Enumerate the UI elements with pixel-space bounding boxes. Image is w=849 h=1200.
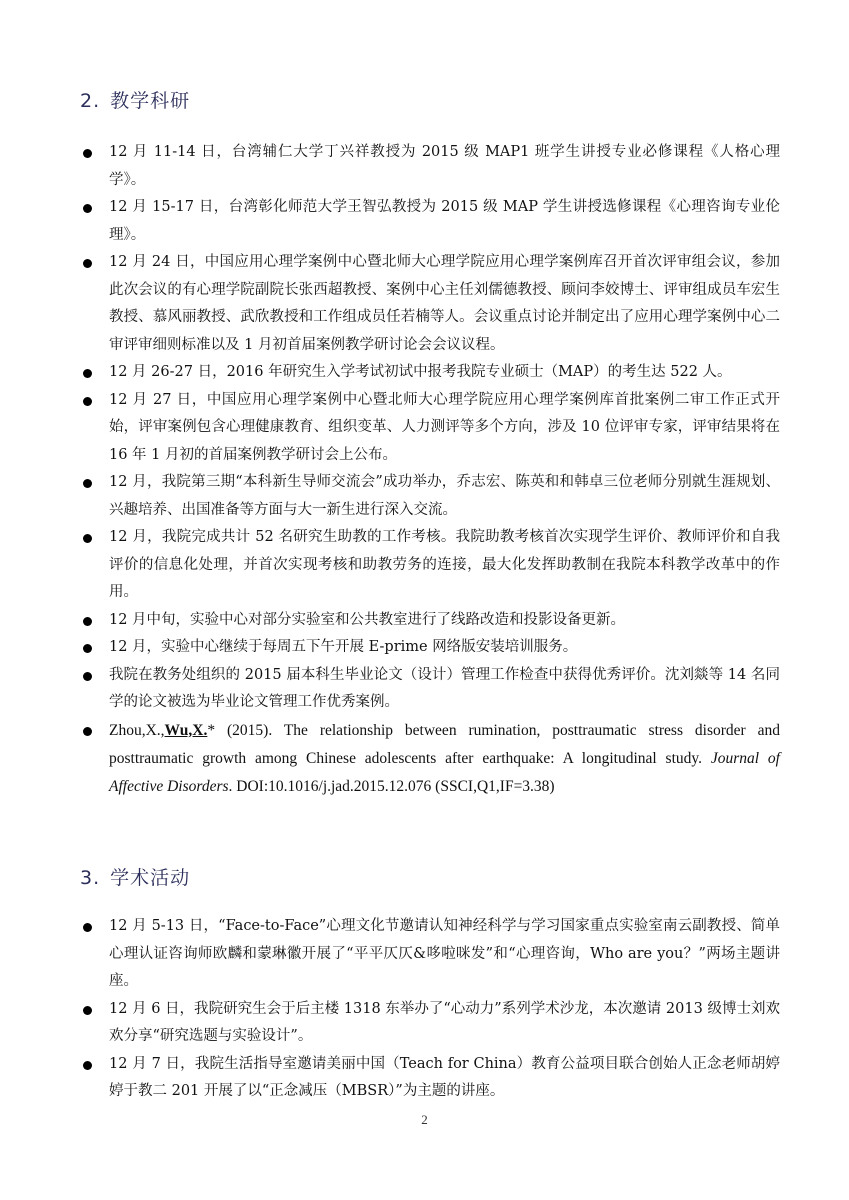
academic-activities-list: 12 月 5-13 日，“Face-to-Face”心理文化节邀请认知神经科学与… <box>80 913 780 1106</box>
bullet-icon <box>83 369 92 378</box>
list-item-text: 12 月 27 日，中国应用心理学案例中心暨北师大心理学院应用心理学案例库首批案… <box>109 392 780 463</box>
reference-doi: . DOI:10.1016/j.jad.2015.12.076 (SSCI,Q1… <box>229 778 555 795</box>
section-heading-academic-activities: 3.学术活动 <box>80 863 190 890</box>
reference-title: * (2015). The relationship between rumin… <box>109 722 780 767</box>
bullet-icon <box>83 534 92 543</box>
bullet-icon <box>83 923 92 932</box>
list-item: 12 月，我院完成共计 52 名研究生助教的工作考核。我院助教考核首次实现学生评… <box>80 524 780 607</box>
list-item: 12 月中旬，实验中心对部分实验室和公共教室进行了线路改造和投影设备更新。 <box>80 607 780 635</box>
list-item-text: 12 月 5-13 日，“Face-to-Face”心理文化节邀请认知神经科学与… <box>109 918 780 989</box>
section-number: 3. <box>80 867 100 889</box>
list-item-text: 12 月，我院完成共计 52 名研究生助教的工作考核。我院助教考核首次实现学生评… <box>109 529 780 600</box>
list-item-text: 12 月 26-27 日，2016 年研究生入学考试初试中报考我院专业硕士（MA… <box>109 364 732 380</box>
list-item-text: 12 月 11-14 日，台湾辅仁大学丁兴祥教授为 2015 级 MAP1 班学… <box>109 144 780 188</box>
bullet-icon <box>83 644 92 653</box>
list-item: 12 月 15-17 日，台湾彰化师范大学王智弘教授为 2015 级 MAP 学… <box>80 194 780 249</box>
list-item-text: 12 月 6 日，我院研究生会于后主楼 1318 东举办了“心动力”系列学术沙龙… <box>109 1001 780 1045</box>
list-item: 12 月 26-27 日，2016 年研究生入学考试初试中报考我院专业硕士（MA… <box>80 359 780 387</box>
list-item-text: 12 月 7 日，我院生活指导室邀请美丽中国（Teach for China）教… <box>109 1056 780 1100</box>
reference-author-highlight: Wu,X. <box>165 722 208 739</box>
page-number: 2 <box>0 1112 849 1128</box>
bullet-icon <box>83 727 92 736</box>
section-title-text: 学术活动 <box>110 867 190 889</box>
list-item: 12 月 27 日，中国应用心理学案例中心暨北师大心理学院应用心理学案例库首批案… <box>80 387 780 470</box>
list-item: 12 月 11-14 日，台湾辅仁大学丁兴祥教授为 2015 级 MAP1 班学… <box>80 139 780 194</box>
list-item: 12 月，我院第三期“本科新生导师交流会”成功举办，乔志宏、陈英和和韩卓三位老师… <box>80 469 780 524</box>
list-item-text: 12 月 15-17 日，台湾彰化师范大学王智弘教授为 2015 级 MAP 学… <box>109 199 780 243</box>
bullet-icon <box>83 1061 92 1070</box>
section-title-text: 教学科研 <box>110 90 190 112</box>
section-number: 2. <box>80 90 100 112</box>
list-item-text: 12 月 24 日，中国应用心理学案例中心暨北师大心理学院应用心理学案例库召开首… <box>109 254 780 353</box>
bullet-icon <box>83 672 92 681</box>
list-item-text: 12 月中旬，实验中心对部分实验室和公共教室进行了线路改造和投影设备更新。 <box>109 612 625 628</box>
list-item-text: 12 月，实验中心继续于每周五下午开展 E-prime 网络版安装培训服务。 <box>109 639 577 655</box>
bullet-icon <box>83 259 92 268</box>
section-heading-teaching-research: 2.教学科研 <box>80 86 190 113</box>
bullet-icon <box>83 479 92 488</box>
reference-author: Zhou,X., <box>109 722 165 739</box>
list-item: 我院在教务处组织的 2015 届本科生毕业论文（设计）管理工作检查中获得优秀评价… <box>80 662 780 717</box>
bullet-icon <box>83 397 92 406</box>
list-item: 12 月 5-13 日，“Face-to-Face”心理文化节邀请认知神经科学与… <box>80 913 780 996</box>
list-item: 12 月 7 日，我院生活指导室邀请美丽中国（Teach for China）教… <box>80 1051 780 1106</box>
list-item: 12 月 6 日，我院研究生会于后主楼 1318 东举办了“心动力”系列学术沙龙… <box>80 996 780 1051</box>
bullet-icon <box>83 617 92 626</box>
list-item-text: 12 月，我院第三期“本科新生导师交流会”成功举办，乔志宏、陈英和和韩卓三位老师… <box>109 474 780 518</box>
bullet-icon <box>83 1006 92 1015</box>
list-item: 12 月，实验中心继续于每周五下午开展 E-prime 网络版安装培训服务。 <box>80 634 780 662</box>
bullet-icon <box>83 149 92 158</box>
bullet-icon <box>83 204 92 213</box>
teaching-research-list: 12 月 11-14 日，台湾辅仁大学丁兴祥教授为 2015 级 MAP1 班学… <box>80 139 780 801</box>
list-item-text: 我院在教务处组织的 2015 届本科生毕业论文（设计）管理工作检查中获得优秀评价… <box>109 667 780 711</box>
list-item: 12 月 24 日，中国应用心理学案例中心暨北师大心理学院应用心理学案例库召开首… <box>80 249 780 359</box>
publication-reference: Zhou,X.,Wu,X.* (2015). The relationship … <box>80 717 780 801</box>
document-page: 2.教学科研 12 月 11-14 日，台湾辅仁大学丁兴祥教授为 2015 级 … <box>0 0 849 1200</box>
